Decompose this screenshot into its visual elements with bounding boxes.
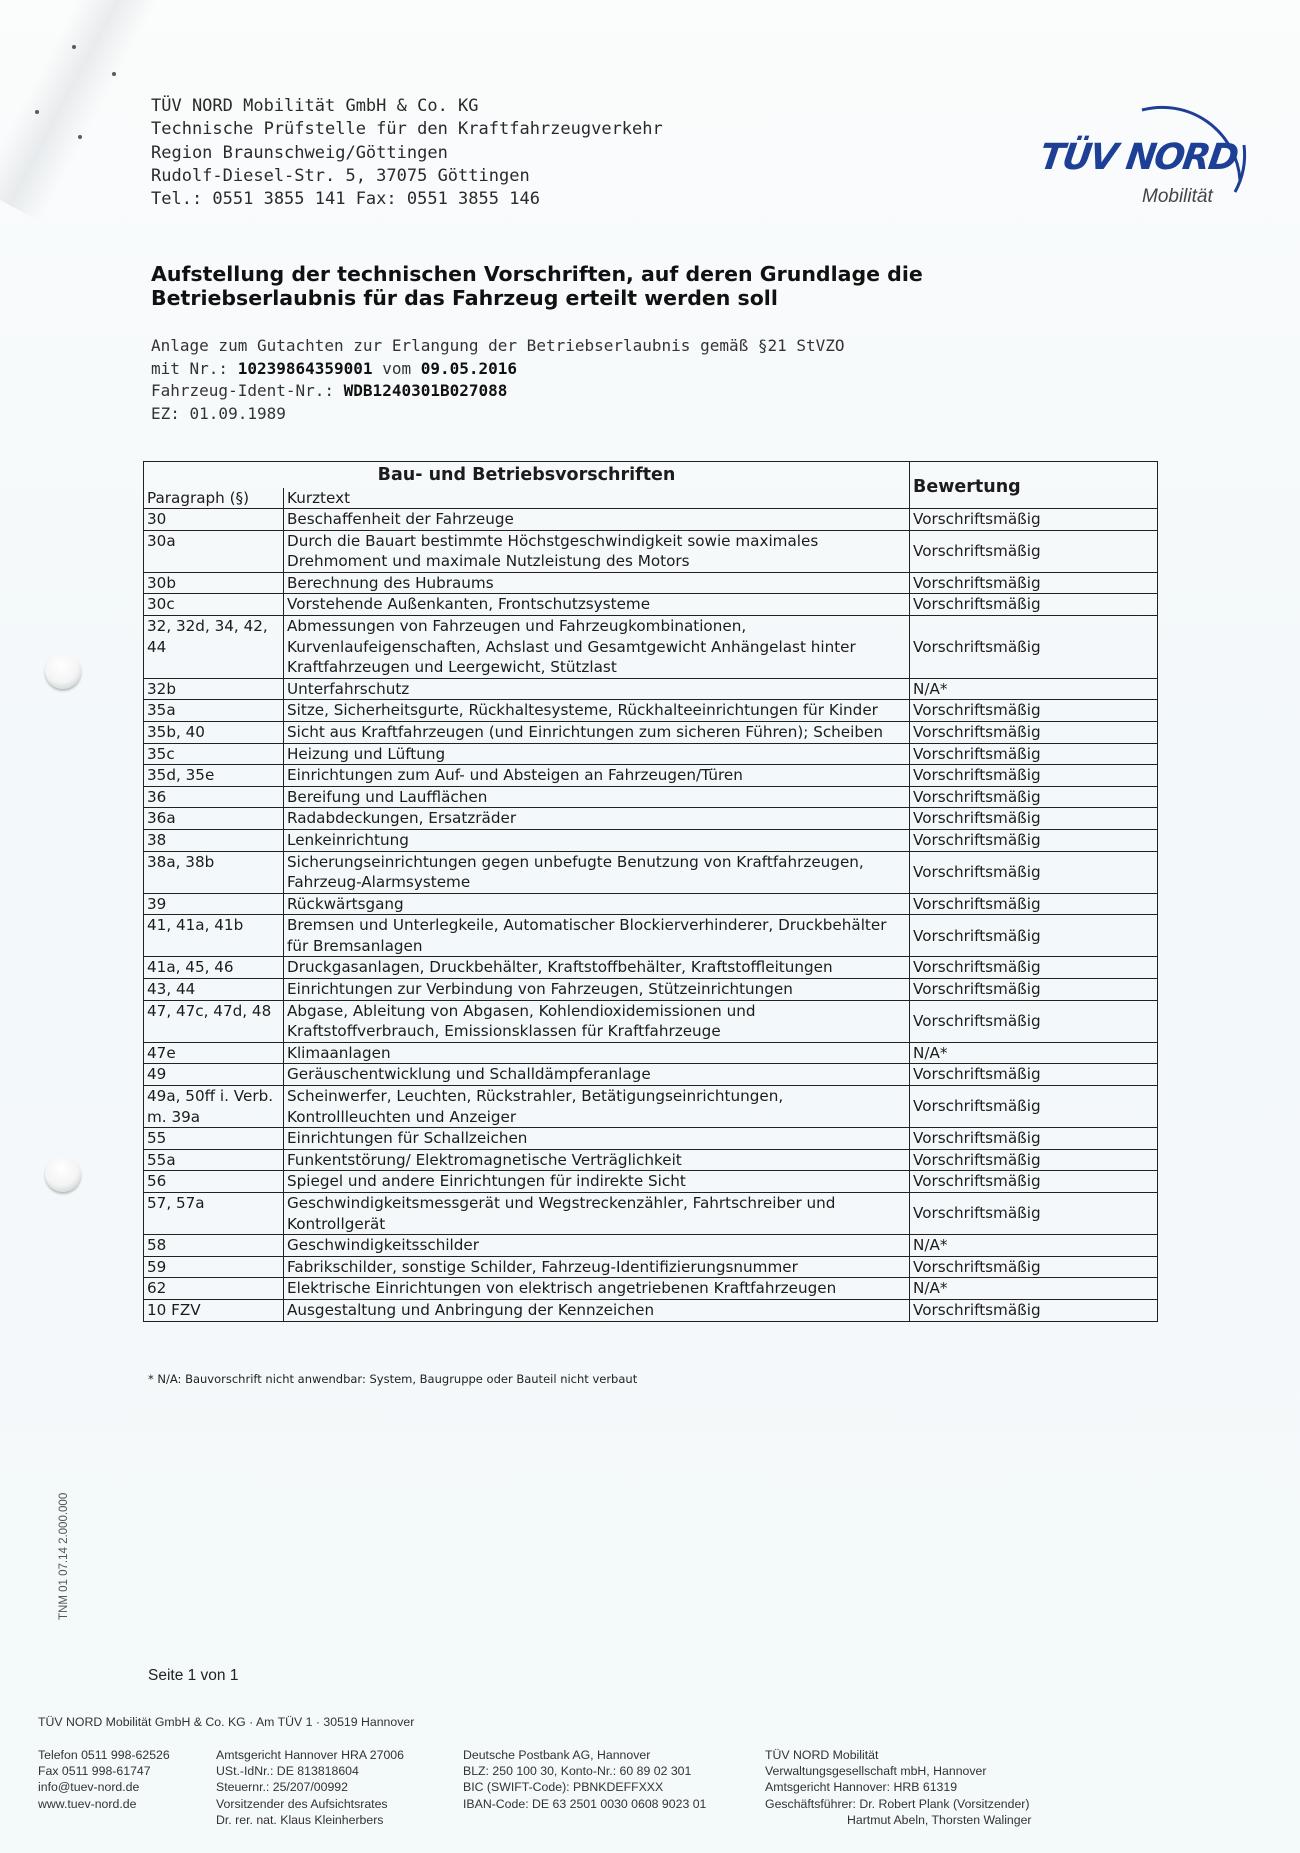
footer-contact: Telefon 0511 998-62526 Fax 0511 998-6174… [38,1747,170,1812]
rating-header: Bewertung [910,462,1158,509]
rating-cell: Vorschriftsmäßig [910,1086,1158,1128]
paragraph-cell: 35b, 40 [144,721,284,743]
rating-cell: Vorschriftsmäßig [910,829,1158,851]
kurztext-cell: Sicht aus Kraftfahrzeugen (und Einrichtu… [284,721,910,743]
rating-cell: Vorschriftsmäßig [910,1064,1158,1086]
kurztext-cell: Bereifung und Laufflächen [284,786,910,808]
nr-label: mit Nr.: [151,359,238,378]
issuer-address-block: TÜV NORD Mobilität GmbH & Co. KG Technis… [151,95,663,211]
table-row: 38a, 38bSicherungseinrichtungen gegen un… [144,851,1158,893]
paragraph-cell: 30a [144,530,284,572]
table-row: 32bUnterfahrschutzN/A* [144,678,1158,700]
page-number: Seite 1 von 1 [148,1667,238,1685]
paragraph-cell: 36a [144,808,284,830]
rating-cell: Vorschriftsmäßig [910,915,1158,957]
rating-cell: Vorschriftsmäßig [910,1128,1158,1150]
table-row: 30bBerechnung des HubraumsVorschriftsmäß… [144,572,1158,594]
rating-cell: N/A* [910,1042,1158,1064]
footer-line: Fax 0511 998-61747 [38,1763,170,1779]
paragraph-cell: 62 [144,1278,284,1300]
footer-line: Vorsitzender des Aufsichtsrates [216,1796,404,1812]
rating-cell: Vorschriftsmäßig [910,1149,1158,1171]
paragraph-cell: 41a, 45, 46 [144,957,284,979]
kurztext-cell: Elektrische Einrichtungen von elektrisch… [284,1278,910,1300]
table-row: 36Bereifung und LaufflächenVorschriftsmä… [144,786,1158,808]
form-code: TNM 01 07.14 2.000.000 [58,1493,70,1620]
rating-cell: Vorschriftsmäßig [910,700,1158,722]
table-row: 57, 57aGeschwindigkeitsmessgerät und Weg… [144,1193,1158,1235]
paragraph-cell: 35d, 35e [144,765,284,787]
issuer-line: Tel.: 0551 3855 141 Fax: 0551 3855 146 [151,188,663,211]
table-row: 41a, 45, 46Druckgasanlagen, Druckbehälte… [144,957,1158,979]
footer-line: Hartmut Abeln, Thorsten Walinger [765,1812,1032,1828]
kurztext-header: Kurztext [284,488,910,509]
kurztext-cell: Druckgasanlagen, Druckbehälter, Kraftsto… [284,957,910,979]
paragraph-cell: 32b [144,678,284,700]
footer-line: Dr. rer. nat. Klaus Kleinherbers [216,1812,404,1828]
table-row: 35cHeizung und LüftungVorschriftsmäßig [144,743,1158,765]
rating-cell: Vorschriftsmäßig [910,530,1158,572]
scan-speck [72,45,76,49]
kurztext-cell: Sitze, Sicherheitsgurte, Rückhaltesystem… [284,700,910,722]
footer-line: IBAN-Code: DE 63 2501 0030 0608 9023 01 [463,1796,706,1812]
kurztext-cell: Ausgestaltung und Anbringung der Kennzei… [284,1299,910,1321]
rating-cell: Vorschriftsmäßig [910,957,1158,979]
kurztext-cell: Heizung und Lüftung [284,743,910,765]
kurztext-cell: Lenkeinrichtung [284,829,910,851]
footnote: * N/A: Bauvorschrift nicht anwendbar: Sy… [148,1372,637,1386]
rating-cell: Vorschriftsmäßig [910,893,1158,915]
paragraph-cell: 38a, 38b [144,851,284,893]
issuer-line: Rudolf-Diesel-Str. 5, 37075 Göttingen [151,165,663,188]
kurztext-cell: Abmessungen von Fahrzeugen und Fahrzeugk… [284,615,910,678]
document-meta: Anlage zum Gutachten zur Erlangung der B… [151,335,845,425]
footer-line: Deutsche Postbank AG, Hannover [463,1747,706,1763]
punch-hole [45,653,81,689]
document-title: Aufstellung der technischen Vorschriften… [151,262,1051,310]
table-row: 49a, 50ff i. Verb. m. 39aScheinwerfer, L… [144,1086,1158,1128]
rating-cell: Vorschriftsmäßig [910,851,1158,893]
table-row: 43, 44Einrichtungen zur Verbindung von F… [144,979,1158,1001]
title-line: Betriebserlaubnis für das Fahrzeug ertei… [151,286,1051,310]
paragraph-cell: 56 [144,1171,284,1193]
footer-line: TÜV NORD Mobilität [765,1747,1032,1763]
footer-line: BIC (SWIFT-Code): PBNKDEFFXXX [463,1779,706,1795]
table-body: 30Beschaffenheit der FahrzeugeVorschrift… [144,509,1158,1322]
kurztext-cell: Abgase, Ableitung von Abgasen, Kohlendio… [284,1000,910,1042]
kurztext-cell: Sicherungseinrichtungen gegen unbefugte … [284,851,910,893]
kurztext-cell: Einrichtungen zur Verbindung von Fahrzeu… [284,979,910,1001]
vin-value: WDB1240301B027088 [344,381,508,400]
paragraph-cell: 35c [144,743,284,765]
footer-line: Amtsgericht Hannover: HRB 61319 [765,1779,1032,1795]
kurztext-cell: Vorstehende Außenkanten, Frontschutzsyst… [284,594,910,616]
kurztext-cell: Einrichtungen zum Auf- und Absteigen an … [284,765,910,787]
kurztext-cell: Berechnung des Hubraums [284,572,910,594]
rating-cell: Vorschriftsmäßig [910,572,1158,594]
paragraph-cell: 39 [144,893,284,915]
rating-cell: Vorschriftsmäßig [910,594,1158,616]
scan-speck [78,135,82,139]
kurztext-cell: Spiegel und andere Einrichtungen für ind… [284,1171,910,1193]
kurztext-cell: Scheinwerfer, Leuchten, Rückstrahler, Be… [284,1086,910,1128]
paragraph-cell: 59 [144,1256,284,1278]
rating-cell: Vorschriftsmäßig [910,1171,1158,1193]
rating-cell: Vorschriftsmäßig [910,1000,1158,1042]
footer-line: Steuernr.: 25/207/00992 [216,1779,404,1795]
first-registration: EZ: 01.09.1989 [151,403,845,426]
vin-line: Fahrzeug-Ident-Nr.: WDB1240301B027088 [151,380,845,403]
footer-address: TÜV NORD Mobilität GmbH & Co. KG · Am TÜ… [38,1715,414,1729]
punch-hole [45,1156,81,1192]
paragraph-cell: 32, 32d, 34, 42, 44 [144,615,284,678]
rating-cell: Vorschriftsmäßig [910,786,1158,808]
paragraph-cell: 55 [144,1128,284,1150]
logo-wordmark: TÜV NORD [1037,137,1239,178]
issuer-line: Technische Prüfstelle für den Kraftfahrz… [151,118,663,141]
table-row: 59Fabrikschilder, sonstige Schilder, Fah… [144,1256,1158,1278]
scan-speck [35,110,39,114]
logo-subline: Mobilität [1142,186,1213,208]
kurztext-cell: Rückwärtsgang [284,893,910,915]
table-row: 55Einrichtungen für SchallzeichenVorschr… [144,1128,1158,1150]
footer-registry: Amtsgericht Hannover HRA 27006 USt.-IdNr… [216,1747,404,1828]
paragraph-cell: 30 [144,509,284,531]
footer-line: www.tuev-nord.de [38,1796,170,1812]
rating-cell: Vorschriftsmäßig [910,1299,1158,1321]
rating-cell: Vorschriftsmäßig [910,808,1158,830]
kurztext-cell: Durch die Bauart bestimmte Höchstgeschwi… [284,530,910,572]
regulations-table: Bau- und Betriebsvorschriften Bewertung … [143,461,1158,1322]
rating-cell: Vorschriftsmäßig [910,509,1158,531]
table-row: 32, 32d, 34, 42, 44Abmessungen von Fahrz… [144,615,1158,678]
kurztext-cell: Fabrikschilder, sonstige Schilder, Fahrz… [284,1256,910,1278]
table-row: 35b, 40Sicht aus Kraftfahrzeugen (und Ei… [144,721,1158,743]
footer-line: Amtsgericht Hannover HRA 27006 [216,1747,404,1763]
table-row: 49Geräuschentwicklung und Schalldämpfera… [144,1064,1158,1086]
table-row: 55aFunkentstörung/ Elektromagnetische Ve… [144,1149,1158,1171]
tuev-nord-logo: TÜV NORD Mobilität [1030,70,1270,220]
footer-line: Geschäftsführer: Dr. Robert Plank (Vorsi… [765,1796,1032,1812]
table-row: 30aDurch die Bauart bestimmte Höchstgesc… [144,530,1158,572]
kurztext-cell: Unterfahrschutz [284,678,910,700]
table-row: 35aSitze, Sicherheitsgurte, Rückhaltesys… [144,700,1158,722]
rating-cell: N/A* [910,1235,1158,1257]
paragraph-cell: 57, 57a [144,1193,284,1235]
paragraph-cell: 36 [144,786,284,808]
footer-management: TÜV NORD Mobilität Verwaltungsgesellscha… [765,1747,1032,1828]
rating-cell: Vorschriftsmäßig [910,1256,1158,1278]
paragraph-cell: 49 [144,1064,284,1086]
scan-speck [112,72,116,76]
table-row: 47eKlimaanlagenN/A* [144,1042,1158,1064]
table-row: 58GeschwindigkeitsschilderN/A* [144,1235,1158,1257]
kurztext-cell: Bremsen und Unterlegkeile, Automatischer… [284,915,910,957]
paragraph-cell: 30c [144,594,284,616]
title-line: Aufstellung der technischen Vorschriften… [151,262,1051,286]
footer-line: info@tuev-nord.de [38,1779,170,1795]
table-row: 30Beschaffenheit der FahrzeugeVorschrift… [144,509,1158,531]
date-label: vom [373,359,421,378]
paragraph-cell: 47, 47c, 47d, 48 [144,1000,284,1042]
table-row: 56Spiegel und andere Einrichtungen für i… [144,1171,1158,1193]
paragraph-cell: 55a [144,1149,284,1171]
kurztext-cell: Klimaanlagen [284,1042,910,1064]
rating-cell: Vorschriftsmäßig [910,615,1158,678]
group-header: Bau- und Betriebsvorschriften [144,462,910,489]
kurztext-cell: Einrichtungen für Schallzeichen [284,1128,910,1150]
footer-line: BLZ: 250 100 30, Konto-Nr.: 60 89 02 301 [463,1763,706,1779]
rating-cell: N/A* [910,678,1158,700]
paragraph-cell: 58 [144,1235,284,1257]
report-number: 10239864359001 [238,359,373,378]
report-number-line: mit Nr.: 10239864359001 vom 09.05.2016 [151,358,845,381]
table-row: 30cVorstehende Außenkanten, Frontschutzs… [144,594,1158,616]
paragraph-cell: 35a [144,700,284,722]
table-row: 35d, 35eEinrichtungen zum Auf- und Abste… [144,765,1158,787]
paragraph-cell: 38 [144,829,284,851]
rating-cell: Vorschriftsmäßig [910,979,1158,1001]
table-row: 10 FZVAusgestaltung und Anbringung der K… [144,1299,1158,1321]
kurztext-cell: Funkentstörung/ Elektromagnetische Vertr… [284,1149,910,1171]
kurztext-cell: Beschaffenheit der Fahrzeuge [284,509,910,531]
footer-line: USt.-IdNr.: DE 813818604 [216,1763,404,1779]
vin-label: Fahrzeug-Ident-Nr.: [151,381,344,400]
kurztext-cell: Radabdeckungen, Ersatzräder [284,808,910,830]
intro-line: Anlage zum Gutachten zur Erlangung der B… [151,335,845,358]
rating-cell: Vorschriftsmäßig [910,743,1158,765]
report-date: 09.05.2016 [421,359,517,378]
issuer-line: TÜV NORD Mobilität GmbH & Co. KG [151,95,663,118]
paragraph-cell: 10 FZV [144,1299,284,1321]
kurztext-cell: Geschwindigkeitsmessgerät und Wegstrecke… [284,1193,910,1235]
issuer-line: Region Braunschweig/Göttingen [151,142,663,165]
table-row: 62Elektrische Einrichtungen von elektris… [144,1278,1158,1300]
footer-bank: Deutsche Postbank AG, Hannover BLZ: 250 … [463,1747,706,1812]
rating-cell: Vorschriftsmäßig [910,721,1158,743]
paragraph-cell: 41, 41a, 41b [144,915,284,957]
rating-cell: N/A* [910,1278,1158,1300]
paragraph-header: Paragraph (§) [144,488,284,509]
paragraph-cell: 43, 44 [144,979,284,1001]
rating-cell: Vorschriftsmäßig [910,1193,1158,1235]
table-row: 41, 41a, 41bBremsen und Unterlegkeile, A… [144,915,1158,957]
table-row: 39RückwärtsgangVorschriftsmäßig [144,893,1158,915]
kurztext-cell: Geschwindigkeitsschilder [284,1235,910,1257]
table-row: 38LenkeinrichtungVorschriftsmäßig [144,829,1158,851]
table-row: 36aRadabdeckungen, ErsatzräderVorschrift… [144,808,1158,830]
table-row: 47, 47c, 47d, 48Abgase, Ableitung von Ab… [144,1000,1158,1042]
kurztext-cell: Geräuschentwicklung und Schalldämpferanl… [284,1064,910,1086]
footer-line: Verwaltungsgesellschaft mbH, Hannover [765,1763,1032,1779]
paragraph-cell: 49a, 50ff i. Verb. m. 39a [144,1086,284,1128]
footer-line: Telefon 0511 998-62526 [38,1747,170,1763]
paragraph-cell: 47e [144,1042,284,1064]
rating-cell: Vorschriftsmäßig [910,765,1158,787]
paragraph-cell: 30b [144,572,284,594]
